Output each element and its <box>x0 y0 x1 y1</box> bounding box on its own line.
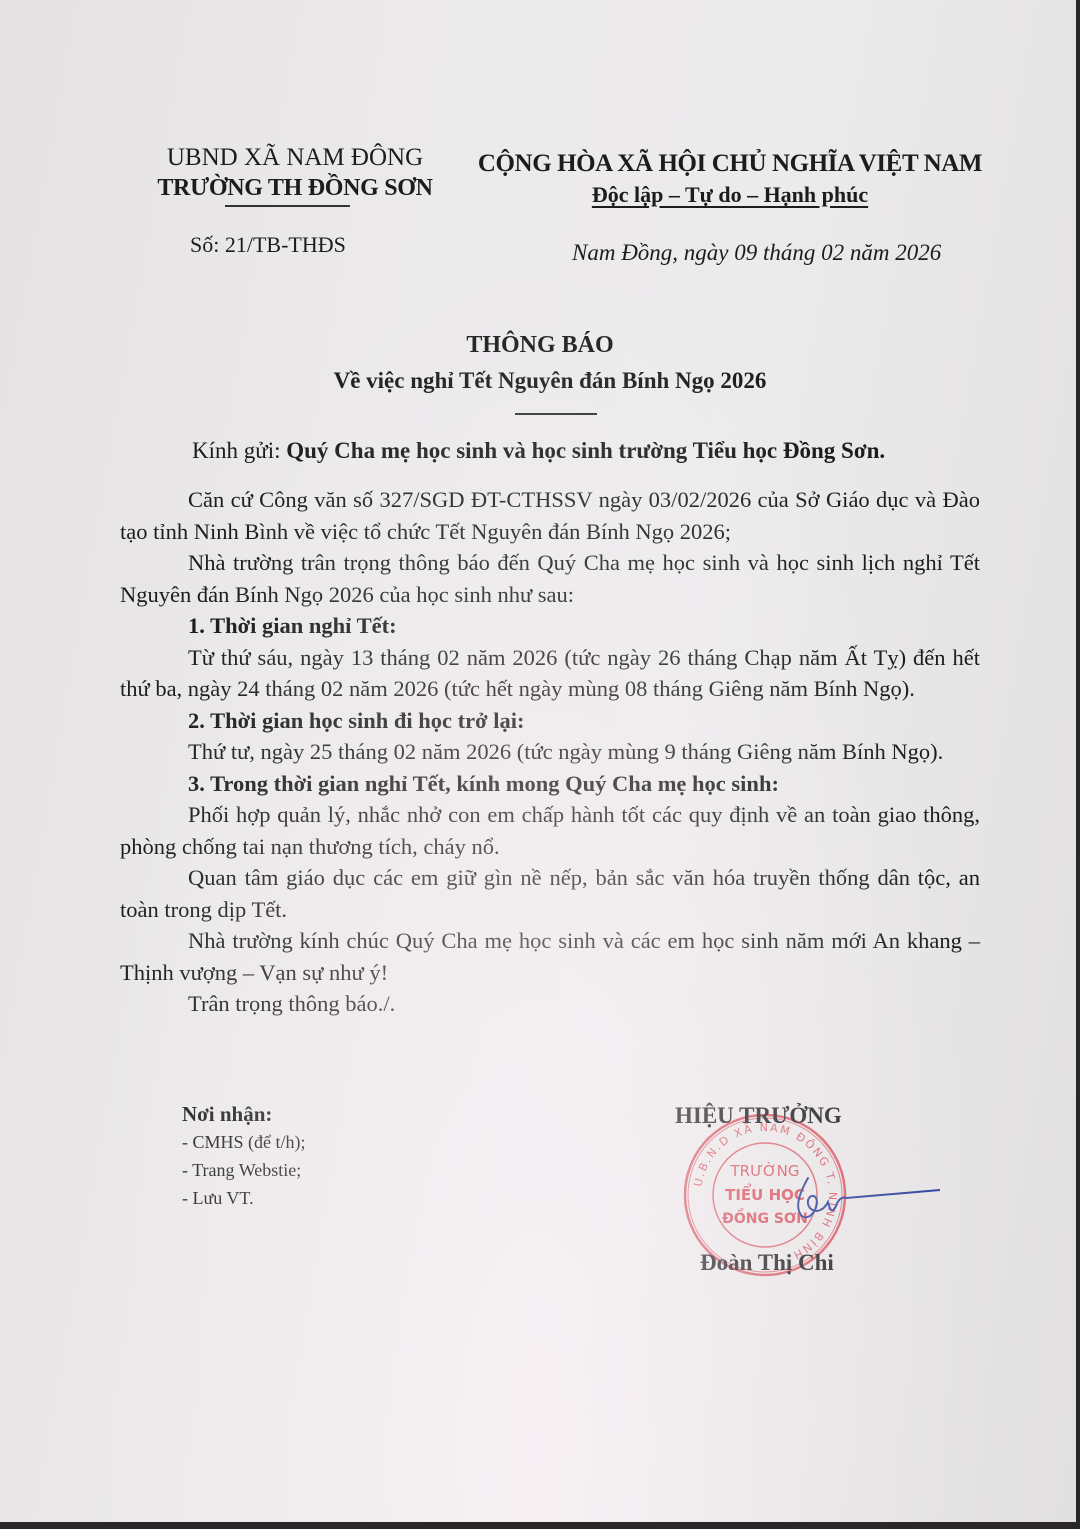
document-body: Căn cứ Công văn số 327/SGD ĐT-CTHSSV ngà… <box>120 484 980 1020</box>
signatory-name: Đoàn Thị Chi <box>700 1250 834 1276</box>
motto: Độc lập – Tự do – Hạnh phúc <box>470 182 990 208</box>
wishes-paragraph: Nhà trường kính chúc Quý Cha mẹ học sinh… <box>120 925 980 988</box>
section-2-text: Thứ tư, ngày 25 tháng 02 năm 2026 (tức n… <box>120 736 980 768</box>
issuing-authority: UBND XÃ NAM ĐÔNG TRƯỜNG TH ĐỒNG SƠN <box>140 142 450 204</box>
intro-paragraph: Nhà trường trân trọng thông báo đến Quý … <box>120 547 980 610</box>
national-motto: CỘNG HÒA XÃ HỘI CHỦ NGHĨA VIỆT NAM Độc l… <box>470 150 990 208</box>
section-1-heading: 1. Thời gian nghỉ Tết: <box>120 610 980 642</box>
header-divider-left <box>225 205 350 207</box>
authority-line: UBND XÃ NAM ĐÔNG <box>140 142 450 173</box>
recipients-block: Nơi nhận: - CMHS (để t/h); - Trang Webst… <box>182 1100 306 1212</box>
section-3-item-1: Phối hợp quản lý, nhắc nhở con em chấp h… <box>120 799 980 862</box>
basis-paragraph: Căn cứ Công văn số 327/SGD ĐT-CTHSSV ngà… <box>120 484 980 547</box>
title-divider <box>515 413 597 415</box>
closing-line: Trân trọng thông báo./. <box>120 988 980 1020</box>
document-subtitle: Về việc nghỉ Tết Nguyên đán Bính Ngọ 202… <box>0 368 1080 394</box>
country-name: CỘNG HÒA XÃ HỘI CHỦ NGHĨA VIỆT NAM <box>470 150 990 178</box>
section-1-text: Từ thứ sáu, ngày 13 tháng 02 năm 2026 (t… <box>120 642 980 705</box>
recipient-item: - CMHS (để t/h); <box>182 1128 306 1156</box>
greeting-recipients: Quý Cha mẹ học sinh và học sinh trường T… <box>286 438 885 463</box>
signature-icon <box>790 1170 940 1230</box>
greeting: Kính gửi: Quý Cha mẹ học sinh và học sin… <box>192 438 885 464</box>
recipients-title: Nơi nhận: <box>182 1100 306 1128</box>
place-date: Nam Đồng, ngày 09 tháng 02 năm 2026 <box>572 240 941 266</box>
recipient-item: - Trang Webstie; <box>182 1156 306 1184</box>
greeting-label: Kính gửi: <box>192 438 281 463</box>
section-3-item-2: Quan tâm giáo dục các em giữ gìn nề nếp,… <box>120 862 980 925</box>
svg-text:TRƯỜNG: TRƯỜNG <box>730 1161 800 1180</box>
recipient-item: - Lưu VT. <box>182 1184 306 1212</box>
signatory-title: HIỆU TRƯỞNG <box>675 1103 842 1129</box>
section-3-heading: 3. Trong thời gian nghỉ Tết, kính mong Q… <box>120 768 980 800</box>
document-number: Số: 21/TB-THĐS <box>190 232 346 258</box>
document-page: UBND XÃ NAM ĐÔNG TRƯỜNG TH ĐỒNG SƠN CỘNG… <box>0 0 1076 1522</box>
school-name: TRƯỜNG TH ĐỒNG SƠN <box>140 173 450 204</box>
section-2-heading: 2. Thời gian học sinh đi học trở lại: <box>120 705 980 737</box>
document-title: THÔNG BÁO <box>0 332 1080 359</box>
